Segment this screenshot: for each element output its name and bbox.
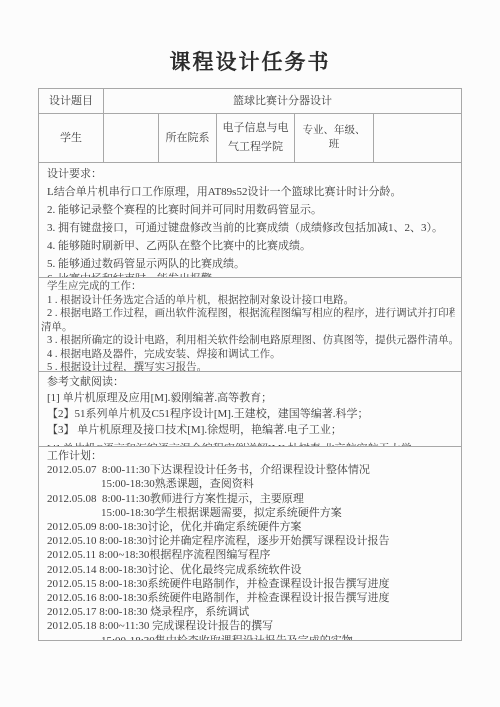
- task-table: 设计题目 篮球比赛计分器设计 学生 所在院系 电子信息与电气工程学院 专业、年级…: [38, 88, 462, 641]
- design-requirements-section: 设计要求： L结合单片机串行口工作原理，用AT89s52设计一个篮球比赛计时计分…: [39, 163, 461, 278]
- reference-item: 【3】 单片机原理及接口技术[M].徐煜明，艳编著.电子工业；: [47, 422, 455, 438]
- department-value: 电子信息与电气工程学院: [217, 114, 295, 162]
- requirement-line: 6. 比赛中场和结束时，能发出报警。: [47, 270, 455, 278]
- page-title: 课程设计任务书: [0, 46, 500, 76]
- task-line: 5 . 根据设计过程，撰写实习报告。: [47, 361, 455, 372]
- task-line: 1 . 根据设计任务选定合适的单片机，根据控制对象设计接口电路。: [47, 294, 455, 308]
- design-topic-value: 篮球比赛计分器设计: [104, 89, 461, 113]
- requirement-line: 3. 拥有键盘接口，可通过键盘修改当前的比赛成绩（成绩修改包括加减1、2、3）。: [47, 219, 455, 237]
- task-line: 2 . 根据电路工作过程，画出软件流程图，根据流程图编写相应的程序，进行调试并打…: [47, 307, 455, 321]
- requirement-line: 4. 能够随时刷新甲、乙两队在整个比赛中的比赛成绩。: [47, 237, 455, 255]
- plan-line: 2012.05.14 8:00-18:30讨论、优化最终完成系统软件设: [47, 563, 455, 577]
- plan-line: 2012.05.10 8:00-18:30讨论并确定程序流程，逐步开始撰写课程设…: [47, 534, 455, 548]
- plan-line: 2012.05.09 8:00-18:30讨论，优化并确定系统硬件方案: [47, 520, 455, 534]
- plan-line: 2012.05.11 8:00~18:30根据程序流程图编写程序: [47, 548, 455, 562]
- design-topic-row: 设计题目 篮球比赛计分器设计: [39, 89, 461, 114]
- requirement-line: L结合单片机串行口工作原理，用AT89s52设计一个篮球比赛计时计分龄。: [47, 183, 455, 201]
- references-section: 参考文献阅读： [1] 单片机原理及应用[M].毅刚编著.高等教育； 【2】51…: [39, 372, 461, 447]
- plan-line: 15:00-18:30学生根据课题需要，拟定系统硬件方案: [47, 506, 455, 520]
- student-tasks-section: 学生应完成的工作： 1 . 根据设计任务选定合适的单片机，根据控制对象设计接口电…: [39, 278, 461, 372]
- plan-line: 15:00-18:30熟悉课题，查阅资料: [47, 477, 455, 491]
- task-line: 清单。: [41, 321, 455, 335]
- document-page: 课程设计任务书 设计题目 篮球比赛计分器设计 学生 所在院系 电子信息与电气工程…: [0, 0, 500, 707]
- task-line: 3 . 根据所确定的设计电路，利用相关软件绘制电路原理图、仿真图等，提供元器件清…: [47, 334, 455, 348]
- student-info-row: 学生 所在院系 电子信息与电气工程学院 专业、年级、班: [39, 114, 461, 163]
- task-line: 4 . 根据电路及器件，完成安装、焊接和调试工作。: [47, 348, 455, 362]
- plan-line: 2012.05.15 8:00-18:30系统硬件电路制作，并检查课程设计报告撰…: [47, 577, 455, 591]
- class-label: 专业、年级、班: [295, 114, 374, 162]
- requirement-line: 2. 能够记录整个赛程的比赛时间并可同时用数码管显示。: [47, 201, 455, 219]
- section-heading: 工作计划：: [47, 449, 455, 463]
- work-plan-section: 工作计划： 2012.05.07 8:00-11:30下达课程设计任务书，介绍课…: [39, 447, 461, 640]
- plan-line: 2012.05.16 8:00-18:30系统硬件电路制作，并检查课程设计报告撰…: [47, 591, 455, 605]
- plan-line: 2012.05.17 8:00-18:30 烧录程序，系统调试: [47, 605, 455, 619]
- department-label: 所在院系: [159, 114, 217, 162]
- reference-item: 【2】51系列单片机及C51程序设计[M].王建校，建国等编著.科学；: [47, 406, 455, 422]
- reference-item: [1] 单片机原理及应用[M].毅刚编著.高等教育；: [47, 390, 455, 406]
- plan-line: 2012.05.08 8:00-11:30教师进行方案性提示，主要原理: [47, 492, 455, 506]
- plan-line: 2012.05.07 8:00-11:30下达课程设计任务书，介绍课程设计整体情…: [47, 463, 455, 477]
- section-heading: 设计要求：: [47, 165, 455, 183]
- student-name-cell: [104, 114, 159, 162]
- design-topic-label: 设计题目: [39, 89, 104, 113]
- plan-line: 15:00-18:30集中检查收取课程设计报告及完成的实物: [47, 634, 455, 640]
- section-heading: 参考文献阅读：: [47, 374, 455, 390]
- student-label: 学生: [39, 114, 104, 162]
- class-value-cell: [374, 114, 461, 162]
- section-heading: 学生应完成的工作：: [47, 280, 455, 294]
- plan-line: 2012.05.18 8:00~11:30 完成课程设计报告的撰写: [47, 619, 455, 633]
